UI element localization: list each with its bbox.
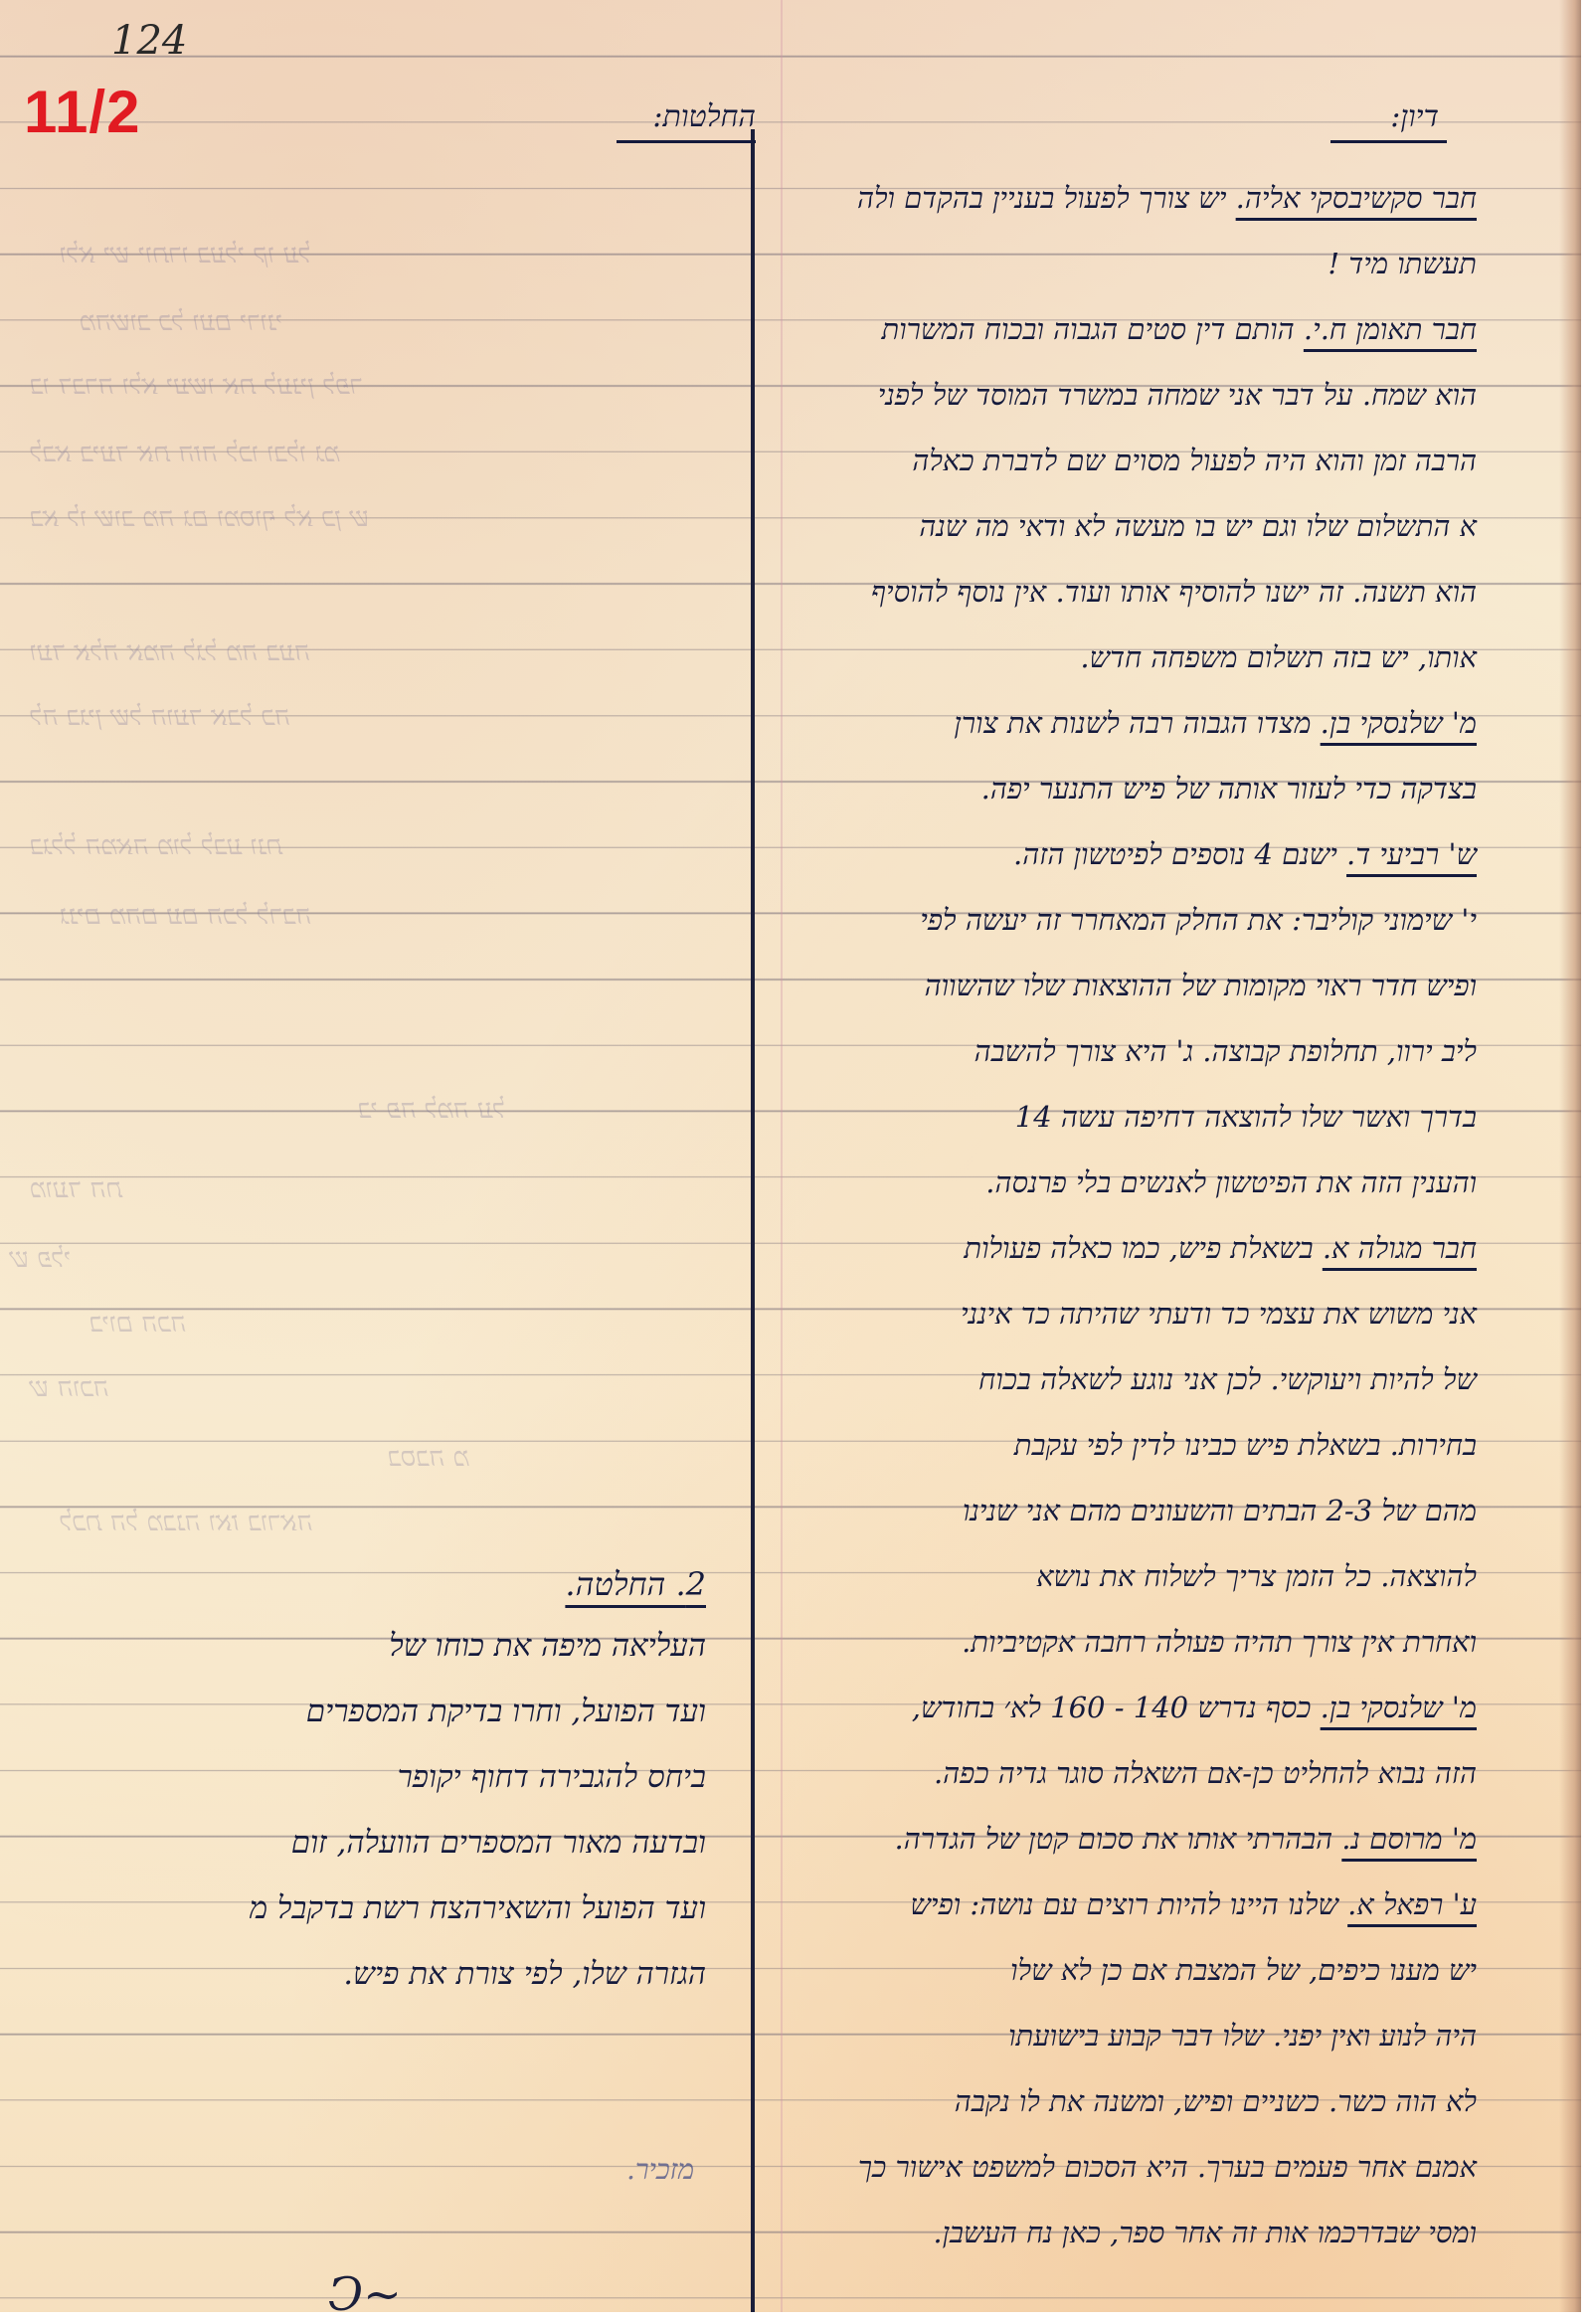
discussion-line: חבר סקשיבסקי אליה. יש צורך לפעול בעניין … [857,165,1477,231]
bleed-through-text: ביום הכה [89,1308,186,1339]
speaker-name: י' שימוני קוליבר: [1292,903,1477,937]
discussion-line: הוא תשנה. זה ישנו להוסיף אותו ועוד. אין … [871,559,1477,625]
speaker-name: מ' שלנסקי בן. [1321,1691,1477,1724]
speaker-name: מ' מרוסם נ. [1341,1822,1477,1856]
bleed-through-text: לבא ביעד את הזה לכו ובלו גמ [30,438,340,468]
discussion-header: דיון: [1330,99,1447,143]
discussion-line: אותו, יש בזה תשלום משפחה חדש. [1080,625,1477,690]
archive-label: 11/2 [24,78,140,146]
signature-scribble: Ͻ~ [328,2267,402,2321]
column-divider [751,129,755,2312]
discussion-line: ע' רפאל א. שלנו היינו להיות רוצים עם נוש… [910,1872,1477,1937]
discussion-line: בצדקה כדי לעזור אותה של פיש התנער יפה. [981,756,1477,821]
discussion-line: חבר מגולה א. בשאלת פיש, כמו כאלה פעולות [964,1215,1477,1281]
notebook-page: 124 11/2 דיון: החלטות: ולא יש יותרו בעלי… [0,0,1581,2312]
speaker-name: חבר סקשיבסקי אליה. [1236,181,1477,215]
resolution-line: ועד הפועל והשאירהצח רשת בדקבל מ [250,1876,706,1941]
discussion-line: ליב ירוו, תחלופת קבוצה. ג' היא צורך להשב… [974,1018,1477,1084]
resolution-line: ועד הפועל, וחרו בדיקת המספרים [306,1679,706,1744]
bleed-through-text: לה בגין של הועד אבל כה [30,701,290,732]
bleed-through-text: בי פה למה על [358,1094,505,1125]
discussion-line: לא הוה כשר. כשניים ופיש, ומשנה את לו נקב… [955,2068,1477,2134]
discussion-line: יש מענו כיפים, של המצבת אם כן לא שלו [1010,1937,1477,2003]
discussion-line: ש' רביעי ד. ישנם 4 נוספים לפיטשון הזה. [1013,821,1477,887]
margin-line [781,0,783,2312]
discussion-line: ואחרת אין צורך תהיה פעולה רחבה אקטיביות. [962,1609,1477,1675]
page-number: 124 [111,18,187,64]
discussion-line: אני משוש את עצמי כד ודעתי שהיתה כד אינני [961,1281,1477,1346]
speaker-name: חבר תאומן ח.י. [1304,312,1477,346]
discussion-line: והענין הזה את הפיטשון לאנשים בלי פרנסה. [985,1150,1477,1215]
discussion-line: בחירות. בשאלת פיש כבינו לדין לפי עקבת [1014,1412,1477,1478]
discussion-line: בדרך ואשר שלו להוצאה דחיפה עשה 14 [1015,1084,1477,1150]
discussion-line: י' שימוני קוליבר: את החלק המאחרר זה יעשה… [920,887,1477,953]
discussion-line: מ' שלנסקי בן. מצדו הגבוה רבה לשנות את צו… [954,690,1477,756]
discussion-line: מהם של 2-3 הבתים והשעונים מהם אני שנינו [963,1478,1477,1543]
discussion-line: להוצאה. כל הזמן צריך לשלוח את נושא [1036,1543,1477,1609]
bleed-through-text: לכת הל מבנה ואז בוראה [60,1507,313,1537]
discussion-line: תעשתו מיד ! [1328,231,1477,296]
discussion-line: ומסי שבדרכמו אות זה אחר ספר, כאן נח העשב… [933,2200,1477,2265]
bleed-through-text: ש הוכה [30,1372,108,1403]
speaker-name: חבר מגולה א. [1323,1231,1477,1265]
discussion-line: הזה נבוא להחליט כן-אם השאלה סוגר גדיה כפ… [934,1740,1477,1806]
bleed-through-text: בגלל המאה מול לבע ונת [30,830,282,861]
resolutions-header: החלטות: [617,99,756,143]
discussion-line: אמנם אחר פעמים בערך. היא הסכום למשפט איש… [858,2134,1477,2200]
bleed-through-text: בו דברה ולא יעשו את לענין לפר [30,370,363,401]
bleed-through-text: ולא יש יותרו בעלי קו על [60,239,311,269]
discussion-line: מ' שלנסקי בן. כסף נדרש 140 - 160 לא׳ בחו… [912,1675,1477,1740]
bleed-through-text: מועד הת [30,1173,122,1204]
resolution-line: ביחס להגבירה דחוף יקופר [398,1744,706,1810]
speaker-name: ש' רביעי ד. [1346,837,1477,871]
bleed-through-text: ועד אלה אמה לגל מה בעה [30,636,310,667]
discussion-line: א התשלום שלו וגם יש בו מעשה לא ודאי מה ש… [919,493,1477,559]
bleed-through-text: מהשוב כל ועם ירוני [80,306,283,337]
resolution-heading: 2. החלטה. [565,1551,706,1617]
resolution-line: ובדעה מאור המספרים הוועלה, זום [291,1810,706,1876]
speaker-name: ע' רפאל א. [1347,1887,1477,1921]
discussion-line: הוא שמח. על דבר אני שמחה במשרד המוסד של … [878,362,1477,428]
discussion-line: ופיש חדר ראוי מקומות של ההוצאות שלו שהשו… [925,953,1477,1018]
secretary-note: מזכיר. [626,2153,694,2187]
bleed-through-text: גנים מהם עם הכל לרבה [60,900,311,931]
discussion-line: של להיות ויעוקשי. לכן אני נוגע לשאלה בכו… [978,1346,1477,1412]
bleed-through-text: בא לו שוב מה גם ומסוף לא כן ש [30,502,369,533]
bleed-through-text: ש פלי [10,1243,72,1274]
discussion-line: חבר תאומן ח.י. הותם דין סטים הגבוה ובכוח… [882,296,1477,362]
resolution-line: העליאה מיפה את כוחו של [389,1613,706,1679]
discussion-line: היה לנוע ואין יפני. שלו דבר קבוע בישועתו [1008,2003,1477,2068]
discussion-line: מ' מרוסם נ. הבהרתי אותו את סכום קטן של ה… [895,1806,1477,1872]
resolution-line: הגזרה שלו, לפי צורת את פיש. [343,1941,706,2007]
discussion-line: הרבה זמן והוא היה לפעול מסוים שם לדברת כ… [912,428,1477,493]
speaker-name: מ' שלנסקי בן. [1321,706,1477,740]
bleed-through-text: בסבה מ [388,1442,469,1473]
